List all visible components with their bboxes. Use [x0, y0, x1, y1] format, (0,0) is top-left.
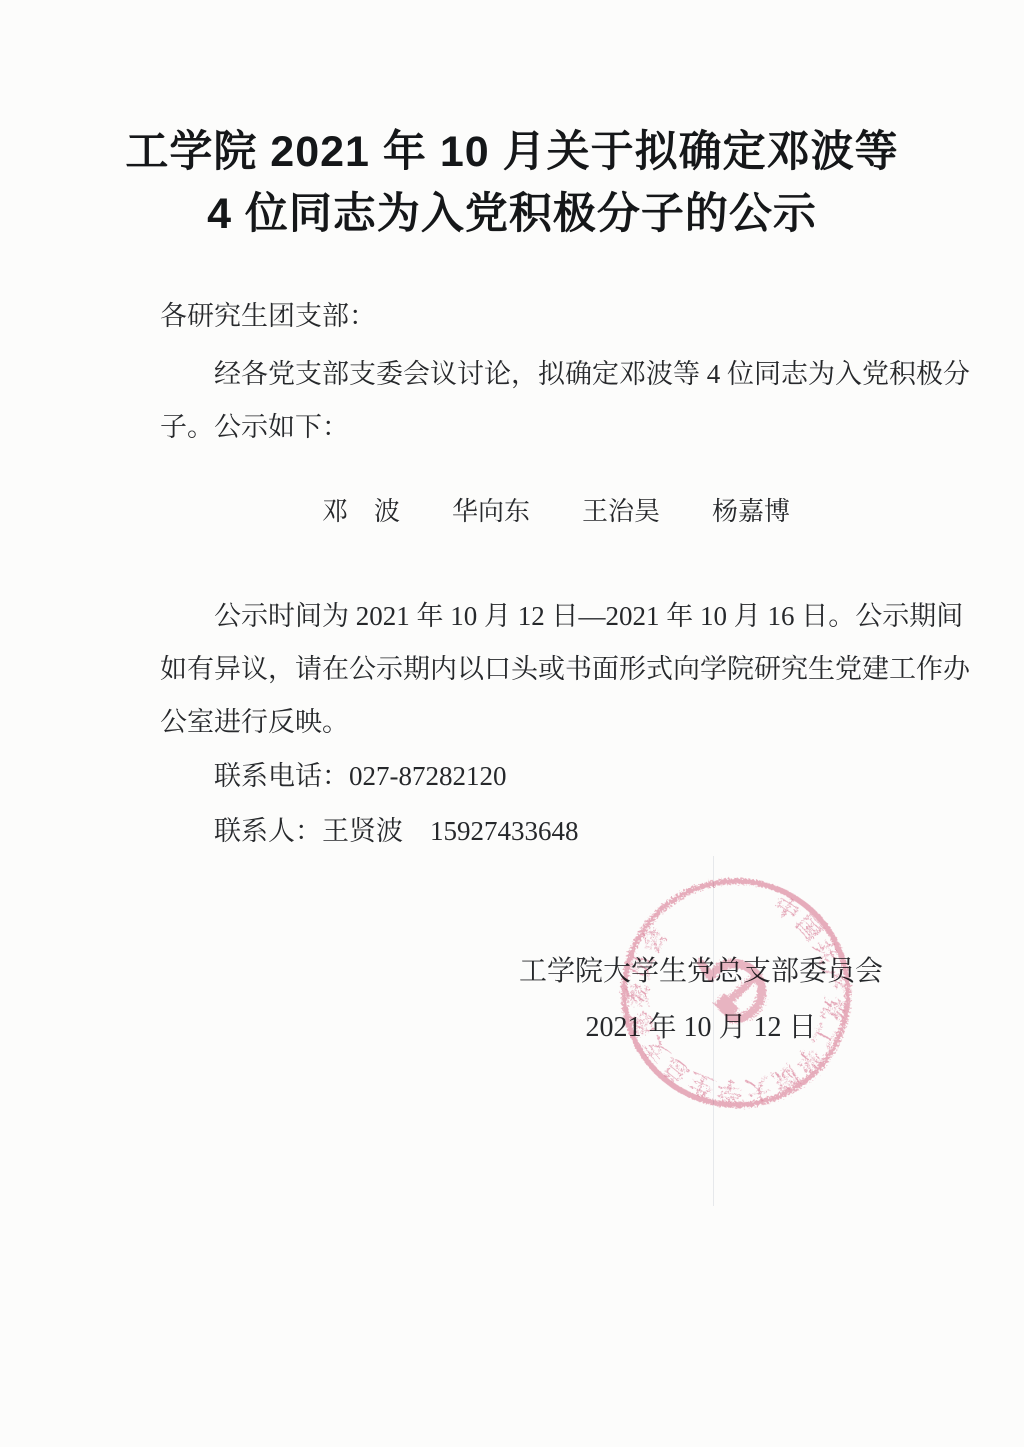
scan-streak-artifact	[713, 856, 714, 1206]
paragraph2-line3: 公室进行反映。	[160, 705, 920, 739]
paragraph1-line2: 子。公示如下：	[160, 410, 920, 444]
seal-outer-ring	[614, 871, 858, 1115]
document-title-line-1: 工学院 2021 年 10 月关于拟确定邓波等	[0, 124, 1024, 180]
contact-phone: 联系电话：027-87282120	[160, 759, 920, 793]
seal-ring-text: 中国共产党工学院大学生总支部委员会	[614, 885, 858, 1115]
paragraph2-line1: 公示时间为 2021 年 10 月 12 日—2021 年 10 月 16 日。…	[160, 599, 920, 633]
contact-person: 联系人：王贤波 15927433648	[160, 814, 920, 848]
official-red-seal: 中国共产党工学院大学生总支部委员会	[614, 871, 858, 1115]
document-title-line-2: 4 位同志为入党积极分子的公示	[0, 186, 1024, 242]
signature-committee: 工学院大学生党总支部委员会	[505, 949, 897, 989]
salutation: 各研究生团支部：	[160, 299, 920, 333]
signature-date: 2021 年 10 月 12 日	[505, 1005, 897, 1045]
document-page: 工学院 2021 年 10 月关于拟确定邓波等 4 位同志为入党积极分子的公示 …	[0, 0, 1024, 1447]
candidate-names: 邓 波 华向东 王治昊 杨嘉博	[322, 491, 790, 528]
paragraph1-line1: 经各党支部支委会议讨论，拟确定邓波等 4 位同志为入党积极分	[160, 357, 920, 391]
paragraph2-line2: 如有异议，请在公示期内以口头或书面形式向学院研究生党建工作办	[160, 652, 920, 686]
